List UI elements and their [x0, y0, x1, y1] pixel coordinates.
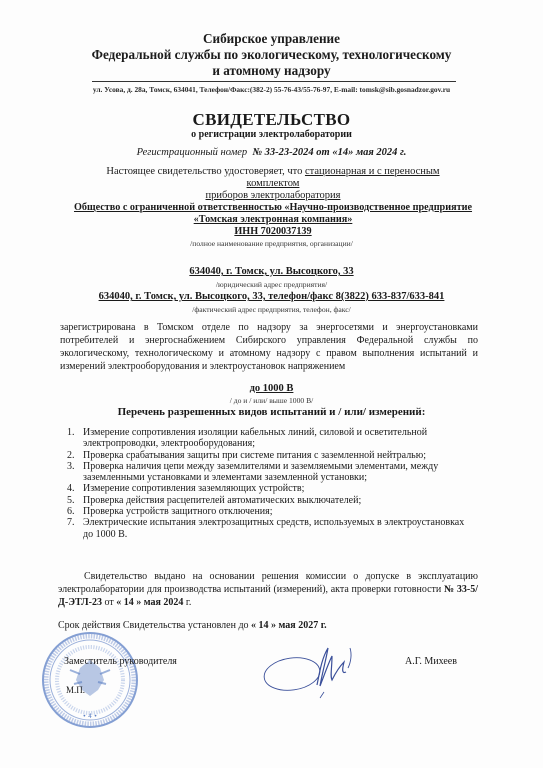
legal-address: 634040, г. Томск, ул. Высоцкого, 33 [0, 266, 543, 277]
tests-list: 1.Измерение сопротивления изоляции кабел… [65, 427, 475, 540]
voltage-class: до 1000 В [0, 383, 543, 394]
actual-address-text: 634040, г. Томск, ул. Высоцкого, 33, тел… [99, 291, 445, 302]
list-item-number: 4. [67, 483, 75, 494]
act-from: от [104, 597, 113, 608]
list-item-text: Электрические испытания электрозащитных … [83, 517, 464, 539]
agency-contact-line: ул. Усова, д. 28а, Томск, 634041, Телефо… [0, 85, 543, 94]
list-item-number: 5. [67, 495, 75, 506]
issuance-basis: Свидетельство выдано на основании решени… [58, 570, 478, 609]
stamp-mark: М.П. [66, 685, 85, 695]
header-divider [92, 81, 456, 82]
tests-list-item: 7.Электрические испытания электрозащитны… [65, 517, 475, 540]
list-item-text: Измерение сопротивления изоляции кабельн… [83, 427, 427, 449]
tests-list-item: 4.Измерение сопротивления заземляющих ус… [65, 483, 475, 494]
actual-address: 634040, г. Томск, ул. Высоцкого, 33, тел… [0, 291, 543, 302]
list-item-number: 1. [67, 427, 75, 438]
organization-name-caption: /полное наименование предприятия, органи… [0, 239, 543, 248]
list-item-text: Проверка действия расцепителей автоматич… [83, 495, 361, 506]
certification-intro: Настоящее свидетельство удостоверяет, чт… [106, 166, 302, 177]
tests-list-item: 2.Проверка срабатывания защиты при систе… [65, 450, 475, 461]
registration-number: Регистрационный номер № 33-23-2024 от «1… [0, 147, 543, 158]
voltage-caption: / до и / или/ выше 1000 В/ [0, 396, 543, 405]
official-seal-icon: • 4 • [40, 630, 140, 730]
signer-name: А.Г. Михеев [405, 656, 457, 667]
registration-number-label: Регистрационный номер [137, 147, 248, 158]
list-item-text: Проверка наличия цепи между заземлителям… [83, 461, 438, 483]
certification-statement: Настоящее свидетельство удостоверяет, чт… [80, 166, 466, 202]
validity-period: Срок действия Свидетельства установлен д… [58, 620, 478, 631]
act-suffix: г. [186, 597, 191, 608]
signature-icon [262, 640, 372, 700]
organization-name-line1: Общество с ограниченной ответственностью… [74, 202, 472, 213]
list-item-number: 7. [67, 517, 75, 528]
tests-list-item: 6.Проверка устройств защитного отключени… [65, 506, 475, 517]
list-item-text: Проверка срабатывания защиты при системе… [83, 450, 426, 461]
registration-text: зарегистрирована в Томском отделе по над… [60, 321, 478, 373]
registration-number-value: № 33-23-2024 от «14» мая 2024 г. [252, 147, 406, 158]
legal-address-text: 634040, г. Томск, ул. Высоцкого, 33 [189, 266, 353, 277]
lab-type-line2: приборов электролаборатория [206, 190, 341, 201]
basis-text: Свидетельство выдано на основании решени… [58, 571, 478, 595]
document-subtitle: о регистрации электролаборатории [0, 129, 543, 140]
signatory-position: Заместитель руководителя [64, 656, 177, 667]
agency-name-line2: Федеральной службы по экологическому, те… [0, 47, 543, 63]
list-item-number: 2. [67, 450, 75, 461]
actual-address-caption: /фактический адрес предприятия, телефон,… [0, 305, 543, 314]
tests-list-item: 1.Измерение сопротивления изоляции кабел… [65, 427, 475, 450]
organization-name-line2: «Томская электронная компания» [194, 214, 353, 225]
voltage-value: до 1000 В [250, 383, 294, 394]
list-item-text: Измерение сопротивления заземляющих устр… [83, 483, 304, 494]
agency-name-line3: и атомному надзору [0, 63, 543, 79]
svg-text:• 4 •: • 4 • [83, 713, 98, 720]
list-item-number: 6. [67, 506, 75, 517]
tests-heading: Перечень разрешенных видов испытаний и /… [0, 406, 543, 418]
organization-inn: ИНН 7020037139 [234, 226, 311, 237]
agency-name-line1: Сибирское управление [0, 31, 543, 47]
certificate-page: Сибирское управление Федеральной службы … [0, 0, 543, 768]
list-item-number: 3. [67, 461, 75, 472]
organization-block: Общество с ограниченной ответственностью… [60, 202, 486, 238]
list-item-text: Проверка устройств защитного отключения; [83, 506, 273, 517]
document-title: СВИДЕТЕЛЬСТВО [0, 110, 543, 130]
tests-list-item: 3.Проверка наличия цепи между заземлител… [65, 461, 475, 484]
legal-address-caption: /юридический адрес предприятия/ [0, 280, 543, 289]
act-date: « 14 » мая 2024 [116, 597, 183, 608]
tests-list-item: 5.Проверка действия расцепителей автомат… [65, 495, 475, 506]
validity-date: « 14 » мая 2027 г. [251, 620, 327, 631]
